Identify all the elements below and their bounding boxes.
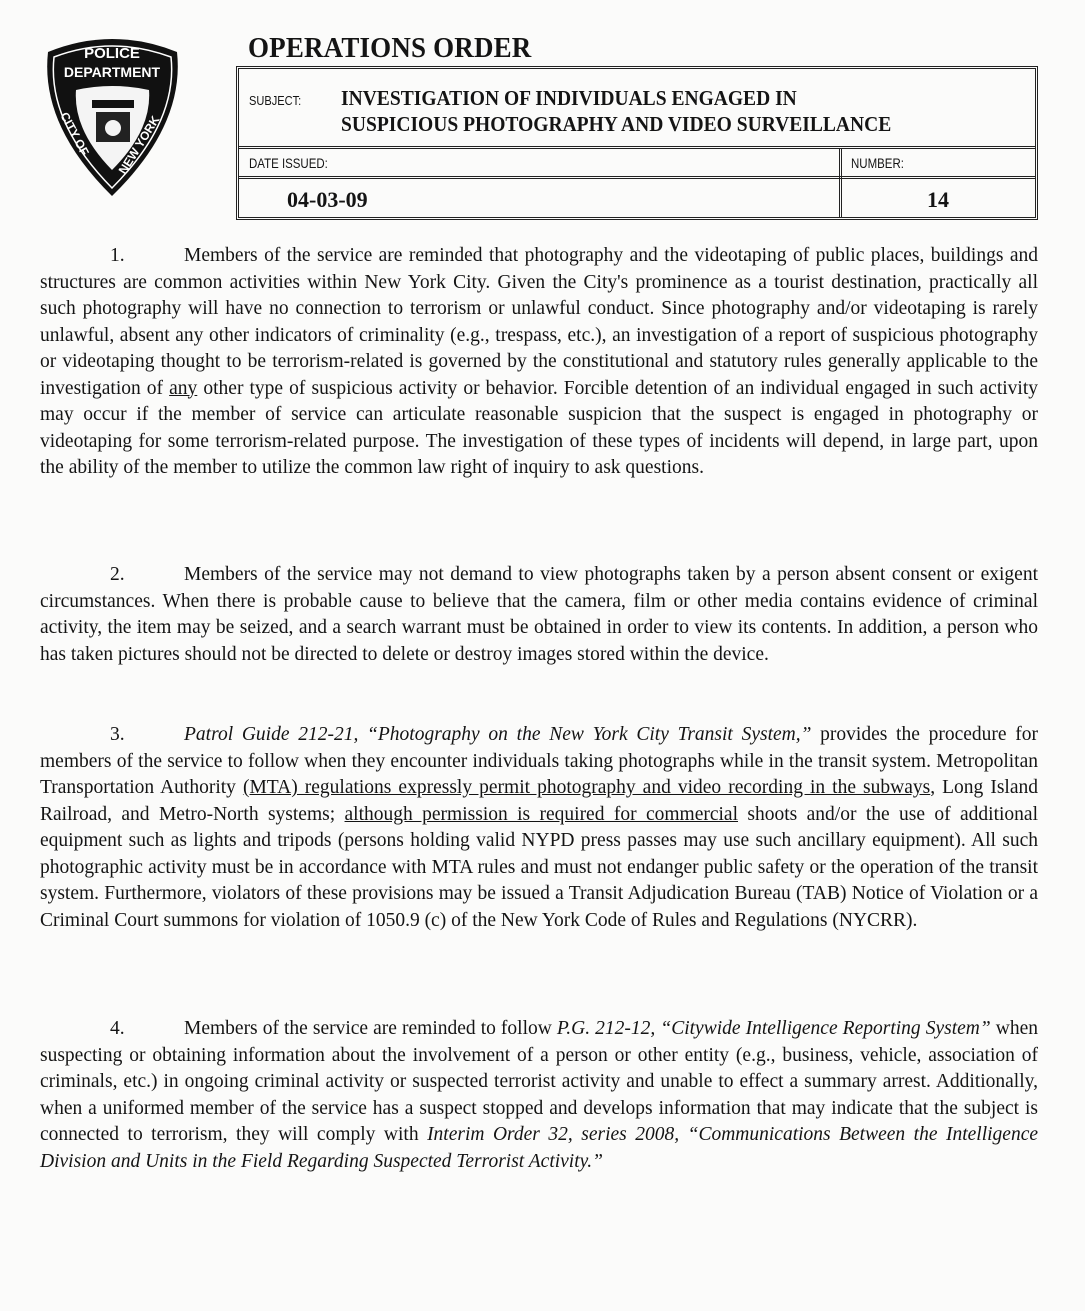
- paragraph-text: 1.Members of the service are reminded th…: [40, 243, 1038, 482]
- underline-text: any: [169, 378, 197, 399]
- column-divider: [839, 149, 842, 217]
- subject-row: SUBJECT: INVESTIGATION OF INDIVIDUALS EN…: [239, 69, 1035, 149]
- paragraph-4: 4.Members of the service are reminded to…: [40, 1016, 1038, 1175]
- document-title: OPERATIONS ORDER: [248, 32, 531, 65]
- italic-text: P.G. 212-12, “Citywide Intelligence Repo…: [557, 1018, 991, 1039]
- paragraph-text: 4.Members of the service are reminded to…: [40, 1016, 1038, 1175]
- underline-text: (MTA) regulations expressly permit photo…: [243, 777, 930, 798]
- svg-text:POLICE: POLICE: [84, 45, 140, 62]
- underline-text: although permission is required for comm…: [345, 804, 738, 825]
- svg-text:DEPARTMENT: DEPARTMENT: [64, 64, 161, 80]
- paragraph-2: 2.Members of the service may not demand …: [40, 562, 1038, 668]
- paragraph-number: 2.: [40, 562, 184, 589]
- paragraph-text: 2.Members of the service may not demand …: [40, 562, 1038, 668]
- nypd-badge-logo: POLICE DEPARTMENT CITY OF NEW YORK: [40, 30, 185, 200]
- paragraph-number: 1.: [40, 243, 184, 270]
- paragraph-1: 1.Members of the service are reminded th…: [40, 243, 1038, 482]
- subject-line-2: SUSPICIOUS PHOTOGRAPHY AND VIDEO SURVEIL…: [341, 111, 891, 137]
- paragraph-text: 3.Patrol Guide 212-21, “Photography on t…: [40, 722, 1038, 934]
- police-shield-icon: POLICE DEPARTMENT CITY OF NEW YORK: [40, 30, 185, 200]
- paragraph-3: 3.Patrol Guide 212-21, “Photography on t…: [40, 722, 1038, 934]
- subject-line-1: INVESTIGATION OF INDIVIDUALS ENGAGED IN: [341, 85, 891, 111]
- subject-text: INVESTIGATION OF INDIVIDUALS ENGAGED IN …: [341, 85, 891, 137]
- text-segment: Members of the service are reminded that…: [40, 245, 1038, 399]
- number-label: NUMBER:: [851, 156, 904, 171]
- text-segment: Members of the service may not demand to…: [40, 564, 1038, 665]
- text-segment: Members of the service are reminded to f…: [184, 1018, 557, 1039]
- subject-label: SUBJECT:: [249, 93, 301, 108]
- paragraph-number: 3.: [40, 722, 184, 749]
- label-row: DATE ISSUED: NUMBER:: [239, 149, 1035, 179]
- date-issued-label: DATE ISSUED:: [249, 156, 328, 171]
- date-issued-value: 04-03-09: [287, 187, 368, 213]
- paragraph-number: 4.: [40, 1016, 184, 1043]
- order-number-value: 14: [927, 187, 949, 213]
- header-box: SUBJECT: INVESTIGATION OF INDIVIDUALS EN…: [236, 66, 1038, 220]
- italic-text: Patrol Guide 212-21, “Photography on the…: [184, 724, 811, 745]
